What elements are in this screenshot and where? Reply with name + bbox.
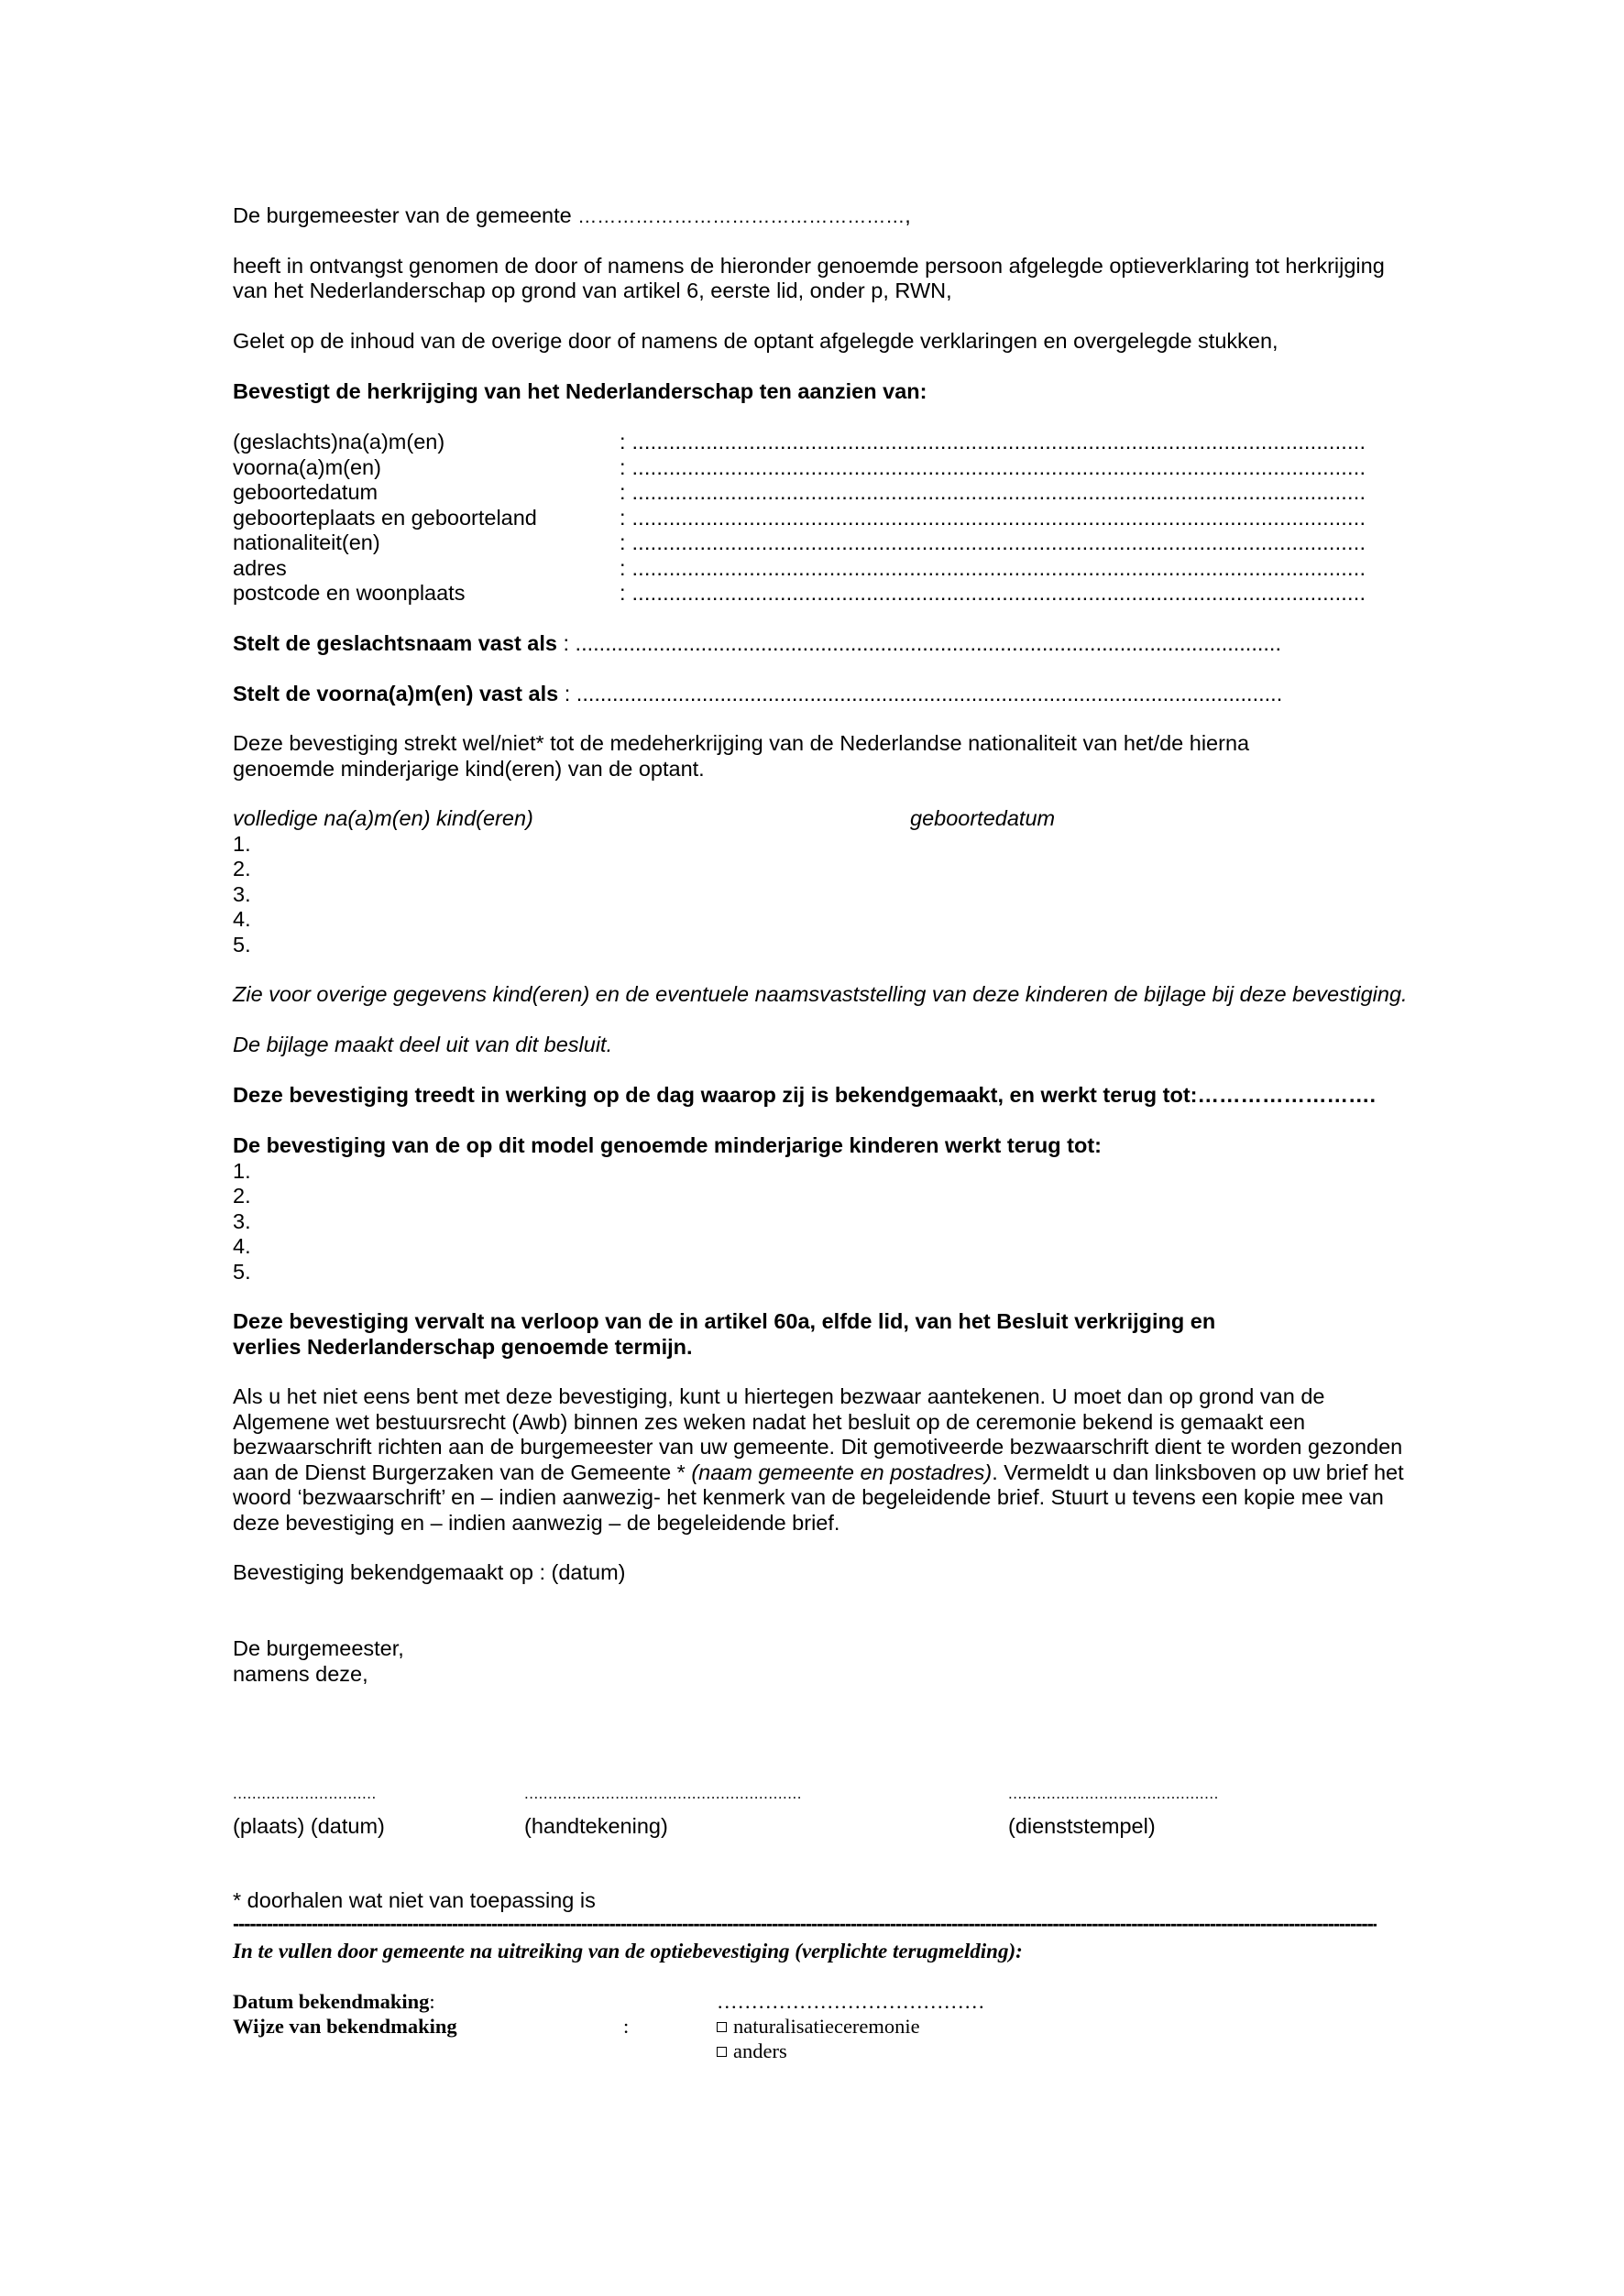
- surname-fix-label: Stelt de geslachtsnaam vast als: [233, 631, 557, 655]
- field-label-birthplace: geboorteplaats en geboorteland: [233, 506, 537, 531]
- checkbox-other[interactable]: [717, 2047, 727, 2057]
- signatory-line-1: De burgemeester,: [233, 1636, 404, 1662]
- children-retroactive-row[interactable]: 4.: [233, 1234, 251, 1260]
- official-stamp-blank[interactable]: ........................................…: [1008, 1785, 1219, 1803]
- method-option-ceremony[interactable]: naturalisatieceremonie: [717, 2014, 920, 2039]
- children-retroactive-row[interactable]: 1.: [233, 1159, 251, 1185]
- objection-line-4-suffix: . Vermeldt u dan linksboven op uw brief …: [992, 1460, 1403, 1484]
- signature-label: (handtekening): [524, 1814, 668, 1840]
- field-label-nationality: nationaliteit(en): [233, 530, 380, 556]
- children-row[interactable]: 2.: [233, 857, 251, 882]
- children-row[interactable]: 4.: [233, 907, 251, 933]
- announcement-date-label: Datum bekendmaking: [233, 1990, 429, 2013]
- surname-fix-line: Stelt de geslachtsnaam vast als : ......…: [233, 631, 1281, 657]
- children-retroactive-row[interactable]: 5.: [233, 1260, 251, 1285]
- dashed-separator: ----------------------------------------…: [233, 1915, 1377, 1933]
- signatory-line-2: namens deze,: [233, 1662, 368, 1688]
- children-retroactive-list: 1. 2. 3. 4. 5.: [233, 1159, 251, 1285]
- children-row[interactable]: 1.: [233, 832, 251, 858]
- children-col-name-header: volledige na(a)m(en) kind(eren): [233, 806, 533, 832]
- footnote: * doorhalen wat niet van toepassing is: [233, 1888, 596, 1914]
- effective-text: Deze bevestiging treedt in werking op de…: [233, 1083, 1198, 1107]
- attachment-part-note: De bijlage maakt deel uit van dit beslui…: [233, 1033, 612, 1058]
- considering-line: Gelet op de inhoud van de overige door o…: [233, 329, 1278, 355]
- field-blank-birthplace[interactable]: : ......................................…: [620, 506, 1366, 531]
- children-row[interactable]: 5.: [233, 933, 251, 958]
- municipality-section-heading: In te vullen door gemeente na uitreiking…: [233, 1939, 1023, 1964]
- children-row[interactable]: 3.: [233, 882, 251, 908]
- expiry-line-2: verlies Nederlanderschap genoemde termij…: [233, 1335, 693, 1361]
- children-retroactive-row[interactable]: 3.: [233, 1209, 251, 1235]
- firstname-fix-blank[interactable]: : ......................................…: [558, 682, 1282, 705]
- mayor-line: De burgemeester van de gemeente ………………………: [233, 203, 911, 230]
- place-date-label: (plaats) (datum): [233, 1814, 385, 1840]
- mayor-line-suffix: ,: [905, 203, 911, 227]
- children-retroactive-row[interactable]: 2.: [233, 1184, 251, 1209]
- method-option-ceremony-label: naturalisatieceremonie: [733, 2015, 920, 2038]
- field-blank-address[interactable]: : ......................................…: [620, 556, 1366, 582]
- objection-line-3: bezwaarschrift richten aan de burgemeest…: [233, 1435, 1402, 1460]
- children-retroactive-heading: De bevestiging van de op dit model genoe…: [233, 1133, 1102, 1159]
- field-label-firstnames: voorna(a)m(en): [233, 455, 381, 481]
- objection-line-4-prefix: aan de Dienst Burgerzaken van de Gemeent…: [233, 1460, 691, 1484]
- announced-on-line: Bevestiging bekendgemaakt op : (datum): [233, 1560, 625, 1586]
- municipality-address-placeholder: (naam gemeente en postadres): [691, 1460, 992, 1484]
- field-label-surname: (geslachts)na(a)m(en): [233, 430, 444, 455]
- field-label-postcode-city: postcode en woonplaats: [233, 581, 465, 607]
- objection-line-4: aan de Dienst Burgerzaken van de Gemeent…: [233, 1460, 1404, 1486]
- children-clause-line-1: Deze bevestiging strekt wel/niet* tot de…: [233, 731, 1249, 757]
- children-clause-line-2: genoemde minderjarige kind(eren) van de …: [233, 757, 705, 782]
- received-line-2: van het Nederlanderschap op grond van ar…: [233, 279, 952, 304]
- expiry-line-1: Deze bevestiging vervalt na verloop van …: [233, 1309, 1215, 1335]
- municipality-name-blank[interactable]: ……………………………………………: [577, 206, 905, 227]
- field-blank-surname[interactable]: : ......................................…: [620, 430, 1366, 455]
- objection-line-2: Algemene wet bestuursrecht (Awb) binnen …: [233, 1410, 1305, 1436]
- firstname-fix-line: Stelt de voorna(a)m(en) vast als : .....…: [233, 682, 1282, 707]
- announcement-method-label: Wijze van bekendmaking: [233, 2014, 457, 2039]
- announcement-date-label-wrap: Datum bekendmaking:: [233, 1989, 435, 2015]
- field-blank-firstnames[interactable]: : ......................................…: [620, 455, 1366, 481]
- field-label-birthdate: geboortedatum: [233, 480, 378, 506]
- objection-line-6: deze bevestiging en – indien aanwezig – …: [233, 1511, 839, 1536]
- received-line-1: heeft in ontvangst genomen de door of na…: [233, 254, 1385, 279]
- effective-line: Deze bevestiging treedt in werking op de…: [233, 1083, 1376, 1109]
- place-date-blank[interactable]: ..............................: [233, 1785, 377, 1803]
- confirms-heading: Bevestigt de herkrijging van het Nederla…: [233, 379, 927, 405]
- objection-line-5: woord ‘bezwaarschrift’ en – indien aanwe…: [233, 1485, 1384, 1511]
- announcement-date-colon: :: [429, 1990, 434, 2013]
- firstname-fix-label: Stelt de voorna(a)m(en) vast als: [233, 682, 558, 705]
- field-blank-birthdate[interactable]: : ......................................…: [620, 480, 1366, 506]
- method-option-other-label: anders: [733, 2039, 787, 2062]
- document-page: De burgemeester van de gemeente ………………………: [0, 0, 1624, 2296]
- announcement-method-colon: :: [623, 2014, 629, 2039]
- signature-blank[interactable]: ........................................…: [524, 1785, 802, 1803]
- official-stamp-label: (dienststempel): [1008, 1814, 1156, 1840]
- children-col-date-header: geboortedatum: [910, 806, 1055, 832]
- retroactive-date-blank[interactable]: …………………….: [1198, 1083, 1377, 1107]
- checkbox-ceremony[interactable]: [717, 2022, 727, 2032]
- children-list: 1. 2. 3. 4. 5.: [233, 832, 251, 958]
- method-option-other[interactable]: anders: [717, 2039, 787, 2064]
- mayor-line-prefix: De burgemeester van de gemeente: [233, 203, 577, 227]
- field-blank-nationality[interactable]: : ......................................…: [620, 530, 1366, 556]
- see-attachment-note: Zie voor overige gegevens kind(eren) en …: [233, 982, 1408, 1008]
- surname-fix-blank[interactable]: : ......................................…: [557, 631, 1281, 655]
- field-label-address: adres: [233, 556, 287, 582]
- objection-line-1: Als u het niet eens bent met deze bevest…: [233, 1384, 1324, 1410]
- field-blank-postcode-city[interactable]: : ......................................…: [620, 581, 1366, 607]
- announcement-date-blank[interactable]: …………………………………: [717, 1989, 985, 2015]
